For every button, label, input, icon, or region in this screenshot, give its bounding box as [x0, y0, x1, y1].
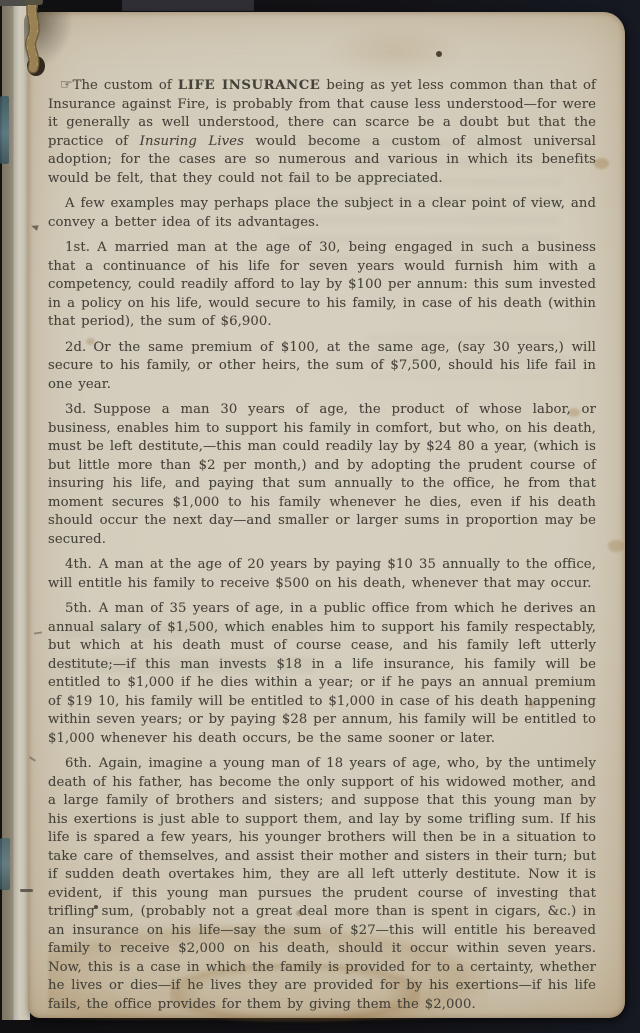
- item-text: Again, imagine a young man of 18 years o…: [48, 756, 596, 1012]
- ink-speck: [436, 51, 442, 57]
- numbered-paragraph-3: 3d.Suppose a man 30 years of age, the pr…: [48, 401, 596, 549]
- item-label: 2d.: [65, 340, 86, 355]
- numbered-paragraph-5: 5th.A man of 35 years of age, in a publi…: [48, 600, 596, 748]
- item-text: Or the same premium of $100, at the same…: [48, 340, 596, 392]
- intro-emphasis: LIFE INSURANCE: [178, 78, 321, 93]
- item-label: 4th.: [65, 557, 92, 572]
- intro-lead: The custom of: [73, 78, 178, 93]
- item-label: 1st.: [65, 240, 90, 255]
- item-text: A man of 35 years of age, in a public of…: [48, 601, 596, 746]
- manicule-icon: ☞: [60, 77, 73, 93]
- blue-paper-scrap: [0, 838, 10, 890]
- numbered-paragraph-2: 2d.Or the same premium of $100, at the s…: [48, 339, 596, 395]
- blue-paper-scrap: [0, 96, 9, 164]
- numbered-paragraph-4: 4th.A man at the age of 20 years by payi…: [48, 556, 596, 593]
- item-label: 3d.: [65, 402, 86, 417]
- item-label: 6th.: [65, 756, 92, 771]
- intro-paragraph: ☞The custom of LIFE INSURANCE being as y…: [48, 76, 596, 188]
- paper-stain: [324, 26, 464, 78]
- examples-intro-paragraph: A few examples may perhaps place the sub…: [48, 195, 596, 232]
- foxing-spot: [608, 540, 624, 552]
- margin-pen-mark: [30, 223, 39, 231]
- numbered-paragraph-1: 1st.A married man at the age of 30, bein…: [48, 239, 596, 332]
- item-text: A married man at the age of 30, being en…: [48, 240, 596, 329]
- margin-pen-mark: [29, 756, 36, 761]
- intro-italic: Insuring Lives: [140, 134, 244, 149]
- item-label: 5th.: [65, 601, 92, 616]
- book-page: ☞The custom of LIFE INSURANCE being as y…: [28, 12, 625, 1018]
- page-text-block: ☞The custom of LIFE INSURANCE being as y…: [48, 76, 596, 1021]
- margin-pen-mark: [34, 631, 42, 634]
- item-text: A man at the age of 20 years by paying $…: [48, 557, 596, 591]
- numbered-paragraph-6: 6th.Again, imagine a young man of 18 yea…: [48, 755, 596, 1014]
- book-scan-photo: ☞The custom of LIFE INSURANCE being as y…: [0, 0, 640, 1033]
- foxing-spot: [594, 158, 609, 169]
- binding-thread: [12, 0, 58, 84]
- background-object: [122, 0, 254, 11]
- item-text: Suppose a man 30 years of age, the produ…: [48, 402, 596, 547]
